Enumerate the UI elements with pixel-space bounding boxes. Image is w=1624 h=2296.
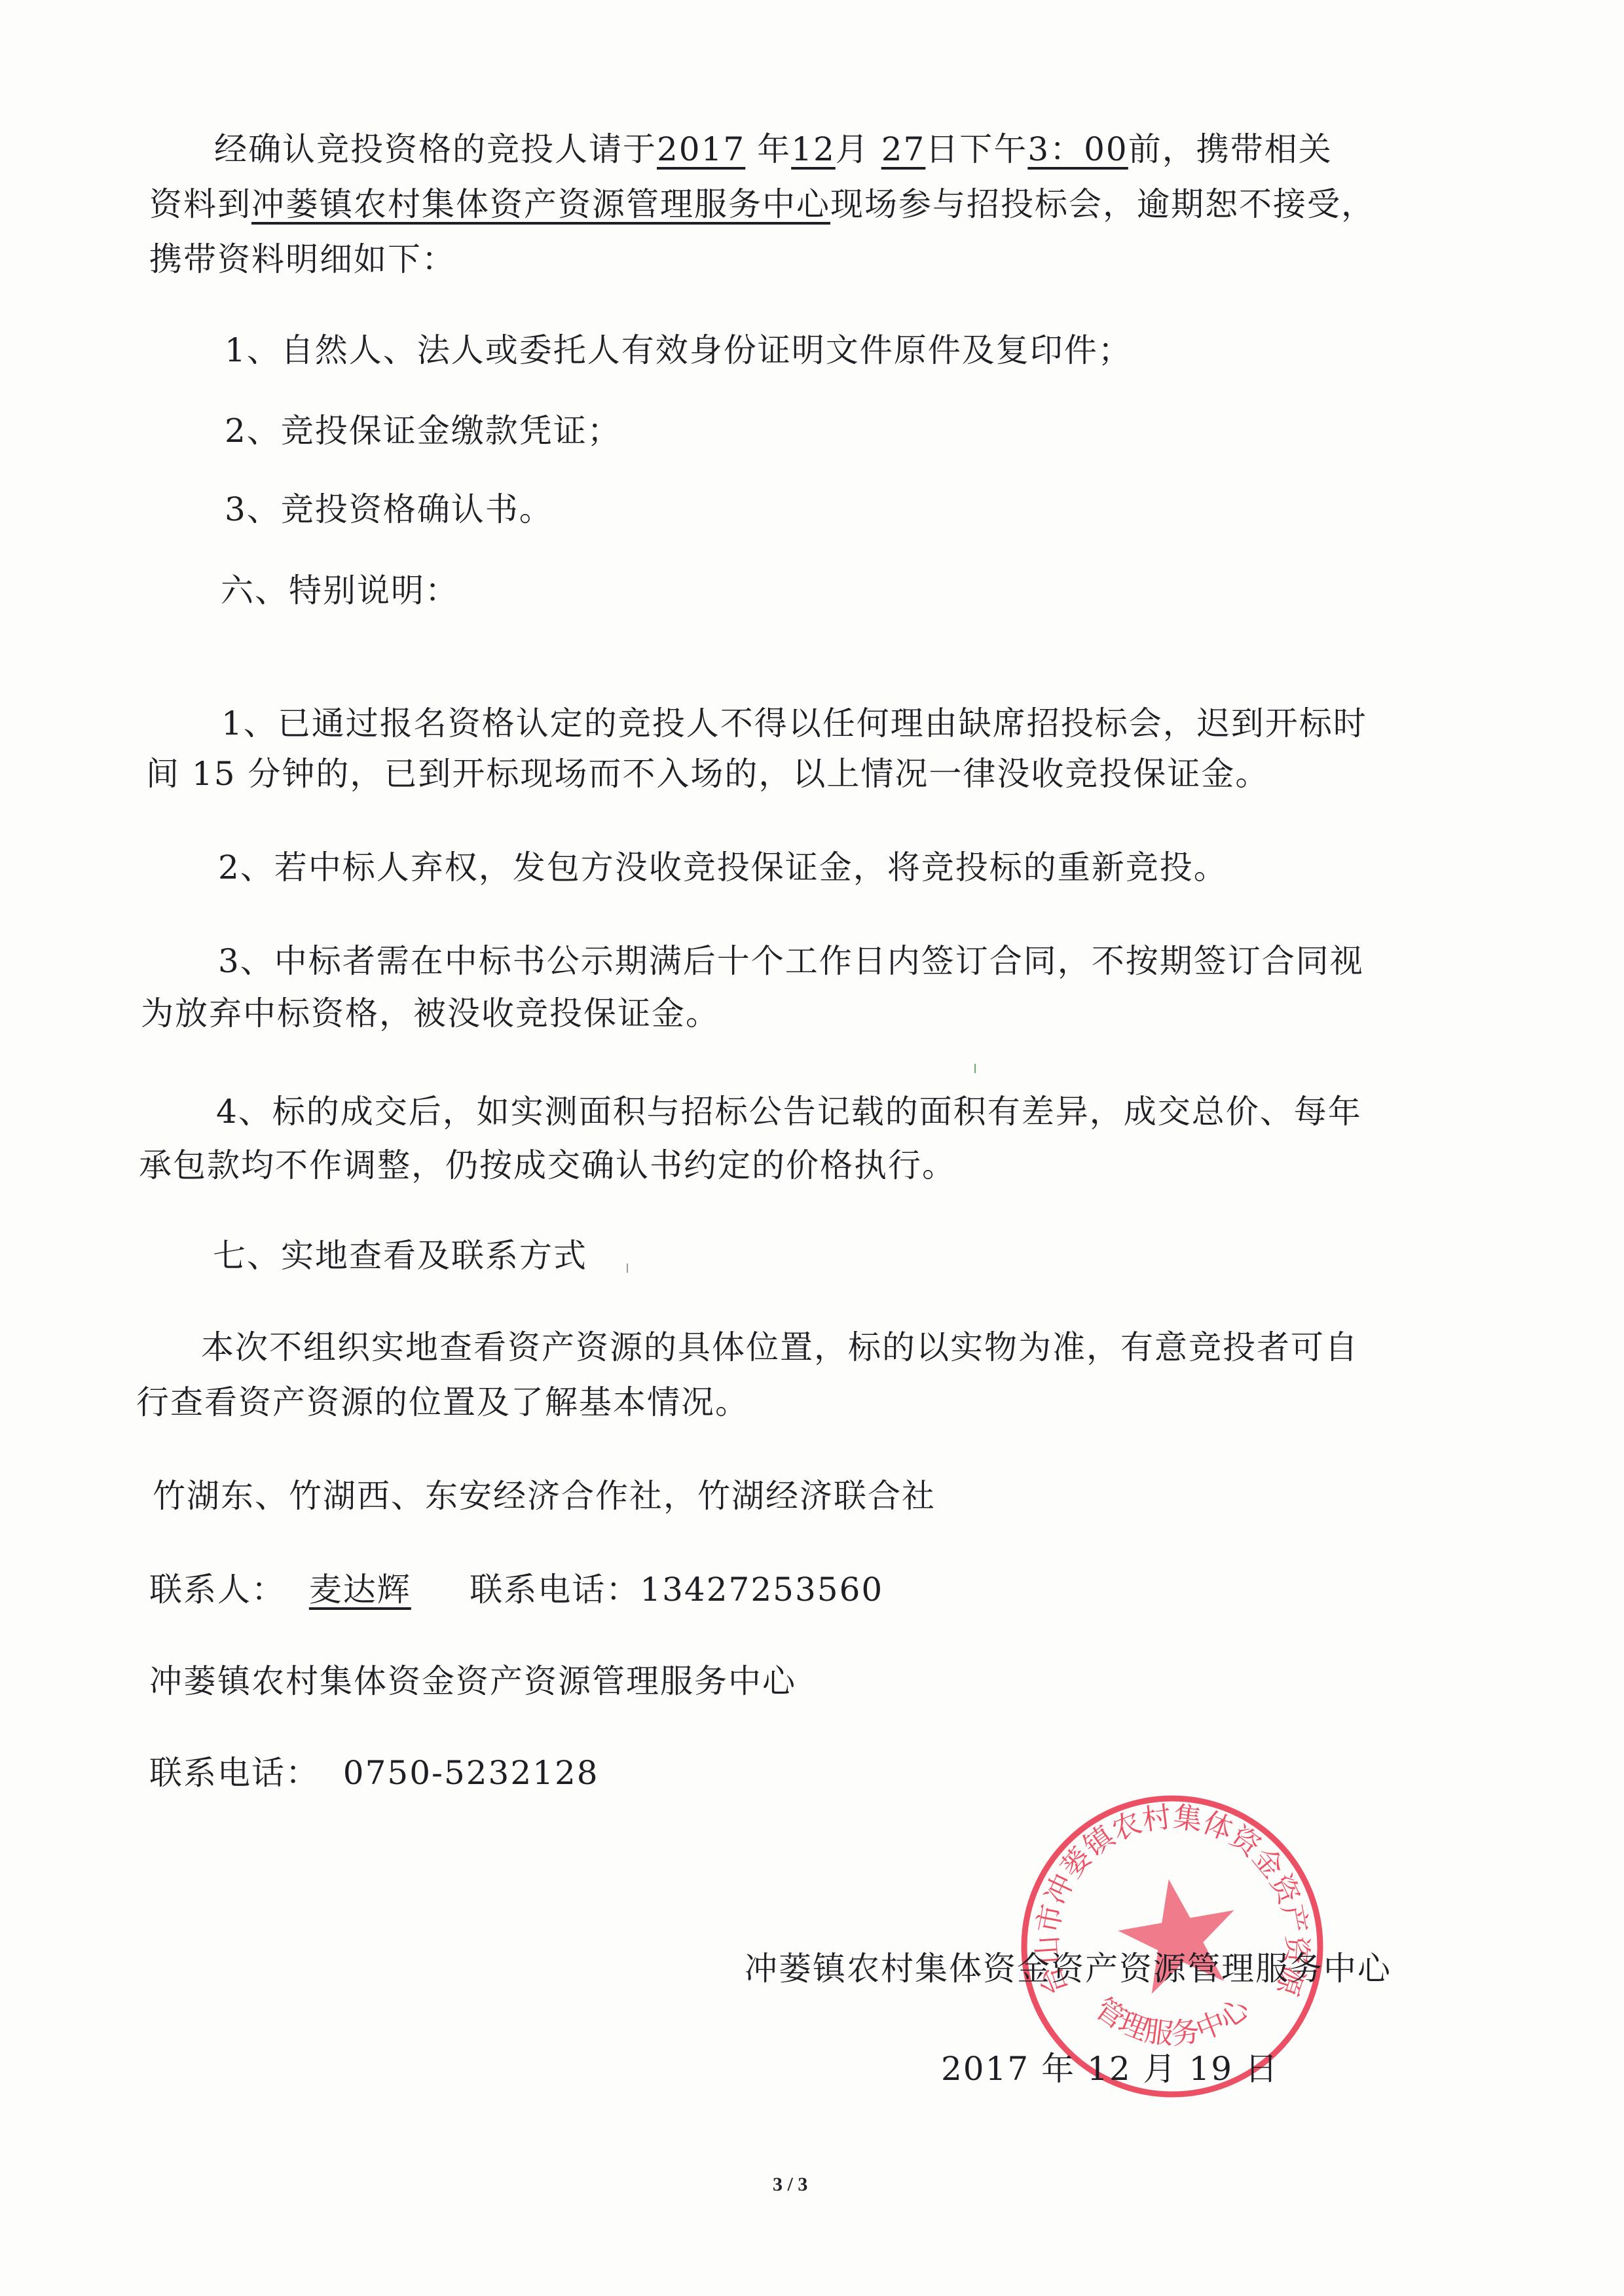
special-note: 为放弃中标资格，被没收竞投保证金。 <box>141 994 720 1033</box>
org-name: 冲蒌镇农村集体资金资产资源管理服务中心 <box>149 1662 796 1701</box>
org-phone: 0750-5232128 <box>343 1754 599 1792</box>
special-note: 2、若中标人弃权，发包方没收竞投保证金，将竞投标的重新竞投。 <box>218 848 1228 887</box>
special-note: 承包款均不作调整，仍按成交确认书约定的价格执行。 <box>139 1146 956 1185</box>
contact-line: 联系人： 麦达辉 联系电话：13427253560 <box>149 1570 883 1609</box>
intro-text: 资料到 <box>149 185 251 223</box>
deadline-month: 12 <box>791 130 836 168</box>
intro-line-1: 经确认竞投资格的竞投人请于2017 年12月 27日下午3：00前，携带相关 <box>214 130 1333 169</box>
intro-text: 现场参与招投标会，逾期恕不接受， <box>830 185 1375 223</box>
deadline-year: 2017 <box>657 130 745 168</box>
intro-line-3: 携带资料明细如下： <box>149 240 456 279</box>
svg-text:管理服务中心: 管理服务中心 <box>1089 1991 1257 2051</box>
scan-speck <box>627 1264 628 1273</box>
page-number: 3 / 3 <box>773 2174 807 2196</box>
village-list: 竹湖东、竹湖西、东安经济合作社，竹湖经济联合社 <box>153 1476 936 1516</box>
section7-body: 行查看资产资源的位置及了解基本情况。 <box>136 1383 749 1422</box>
seal-bottom-text: 管理服务中心 <box>1089 1991 1257 2051</box>
deadline-day: 27 <box>881 130 926 168</box>
venue-name: 冲蒌镇农村集体资产资源管理服务中心 <box>251 185 830 223</box>
material-item: 1、自然人、法人或委托人有效身份证明文件原件及复印件； <box>225 331 1132 370</box>
section-heading: 六、特别说明： <box>221 571 459 610</box>
org-phone-line: 联系电话： 0750-5232128 <box>149 1753 599 1793</box>
intro-line-2: 资料到冲蒌镇农村集体资产资源管理服务中心现场参与招投标会，逾期恕不接受， <box>149 185 1375 224</box>
special-note: 3、中标者需在中标书公示期满后十个工作日内签订合同，不按期签订合同视 <box>218 941 1364 981</box>
special-note: 1、已通过报名资格认定的竞投人不得以任何理由缺席招投标会，迟到开标时 <box>221 704 1367 743</box>
contact-phone: 13427253560 <box>640 1571 883 1609</box>
intro-text: 年 <box>757 130 791 168</box>
signature-org: 冲蒌镇农村集体资金资产资源管理服务中心 <box>745 1949 1392 1988</box>
intro-text: 经确认竞投资格的竞投人请于 <box>214 130 657 168</box>
section7-body: 本次不组织实地查看资产资源的具体位置，标的以实物为准，有意竞投者可自 <box>201 1328 1359 1367</box>
scan-speck <box>974 1064 976 1073</box>
special-note: 间 15 分钟的，已到开标现场而不入场的，以上情况一律没收竞投保证金。 <box>146 754 1269 793</box>
intro-text: 前，携带相关 <box>1128 130 1333 168</box>
material-item: 3、竞投资格确认书。 <box>225 490 553 529</box>
deadline-time: 3：00 <box>1027 130 1128 168</box>
org-phone-label: 联系电话： <box>149 1754 320 1792</box>
contact-label: 联系人： <box>149 1571 286 1609</box>
intro-text: 日下午 <box>925 130 1027 168</box>
contact-name: 麦达辉 <box>309 1571 411 1609</box>
signature-date: 2017 年 12 月 19 日 <box>941 2049 1279 2088</box>
contact-phone-label: 联系电话： <box>470 1571 640 1609</box>
material-item: 2、竞投保证金缴款凭证； <box>225 411 621 450</box>
section-heading: 七、实地查看及联系方式 <box>213 1236 587 1275</box>
intro-text: 月 <box>836 130 870 168</box>
document-page: 经确认竞投资格的竞投人请于2017 年12月 27日下午3：00前，携带相关 资… <box>0 0 1624 2296</box>
special-note: 4、标的成交后，如实测面积与招标公告记载的面积有差异，成交总价、每年 <box>216 1092 1362 1131</box>
